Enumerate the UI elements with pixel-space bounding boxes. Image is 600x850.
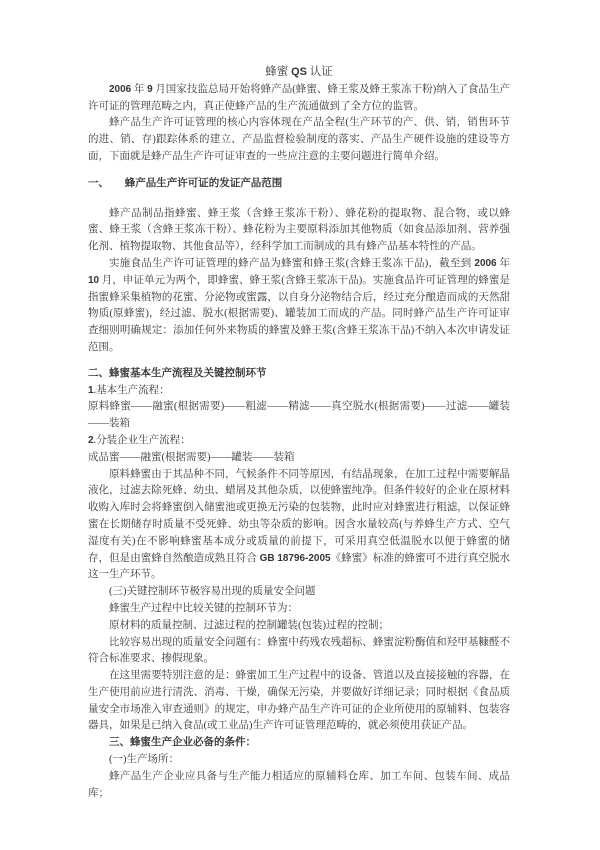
section-heading-2: 二、蜂蜜基本生产流程及关键控制环节 xyxy=(88,366,510,383)
paragraph-special-notes: 在这里需要特别注意的是：蜂蜜加工生产过程中的设备、管道以及直接接触的容器，在生产… xyxy=(88,668,510,735)
paragraph-scope-1: 蜂产品制品指蜂蜜、蜂王浆（含蜂王浆冻干粉）、蜂花粉的提取物、混合物，或以蜂蜜、蜂… xyxy=(88,206,510,256)
paragraph-quality-issues: 比较容易出现的质量安全问题有：蜂蜜中药残农残超标、蜂蜜淀粉酶值和羟甲基糠醛不符合… xyxy=(88,635,510,669)
document-page: 蜂蜜 QS 认证 2006 年 9 月国家技监总局开始将蜂产品(蜂蜜、蜂王浆及蜂… xyxy=(0,0,600,850)
section-heading-3: 三、蜂蜜生产企业必备的条件： xyxy=(88,735,510,752)
paragraph-intro-1: 2006 年 9 月国家技监总局开始将蜂产品(蜂蜜、蜂王浆及蜂王浆冻干粉)纳入了… xyxy=(88,82,510,116)
subheading-production-site: (一)生产场所： xyxy=(88,752,510,769)
paragraph-scope-2: 实施食品生产许可证管理的蜂产品为蜂蜜和蜂王浆(含蜂王浆冻干品)，截至到 2006… xyxy=(88,256,510,357)
paragraph-key-control-2: 原材料的质量控制、过滤过程的控制罐装(包装)过程的控制； xyxy=(88,618,510,635)
paragraph-key-control-1: 蜂蜜生产过程中比较关键的控制环节为： xyxy=(88,601,510,618)
paragraph-production-site: 蜂产品生产企业应具备与生产能力相适应的原辅料仓库、加工车间、包装车间、成品库； xyxy=(88,769,510,803)
document-title: 蜂蜜 QS 认证 xyxy=(88,64,510,81)
subheading-key-control: (三)关键控制环节极容易出现的质量安全问题 xyxy=(88,584,510,601)
process-flow-packaging: 成品蜜——融蜜(根据需要)——罐装——装箱 xyxy=(88,450,510,467)
section-heading-1: 一、 蜂产品生产许可证的发证产品范围 xyxy=(88,176,510,193)
process-flow-basic: 原料蜂蜜——融蜜(根据需要)——粗滤——精滤——真空脱水(根据需要)——过滤——… xyxy=(88,399,510,433)
paragraph-intro-2: 蜂产品生产许可证管理的核心内容体现在产品全程(生产环节的产、供、销，销售环节的进… xyxy=(88,115,510,165)
subheading-packaging-process: 2.分装企业生产流程： xyxy=(88,433,510,450)
subheading-basic-process: 1.基本生产流程： xyxy=(88,383,510,400)
paragraph-raw-honey: 原料蜂蜜由于其品种不同，气候条件不同等原因，有结晶现象，在加工过程中需要解晶液化… xyxy=(88,467,510,585)
